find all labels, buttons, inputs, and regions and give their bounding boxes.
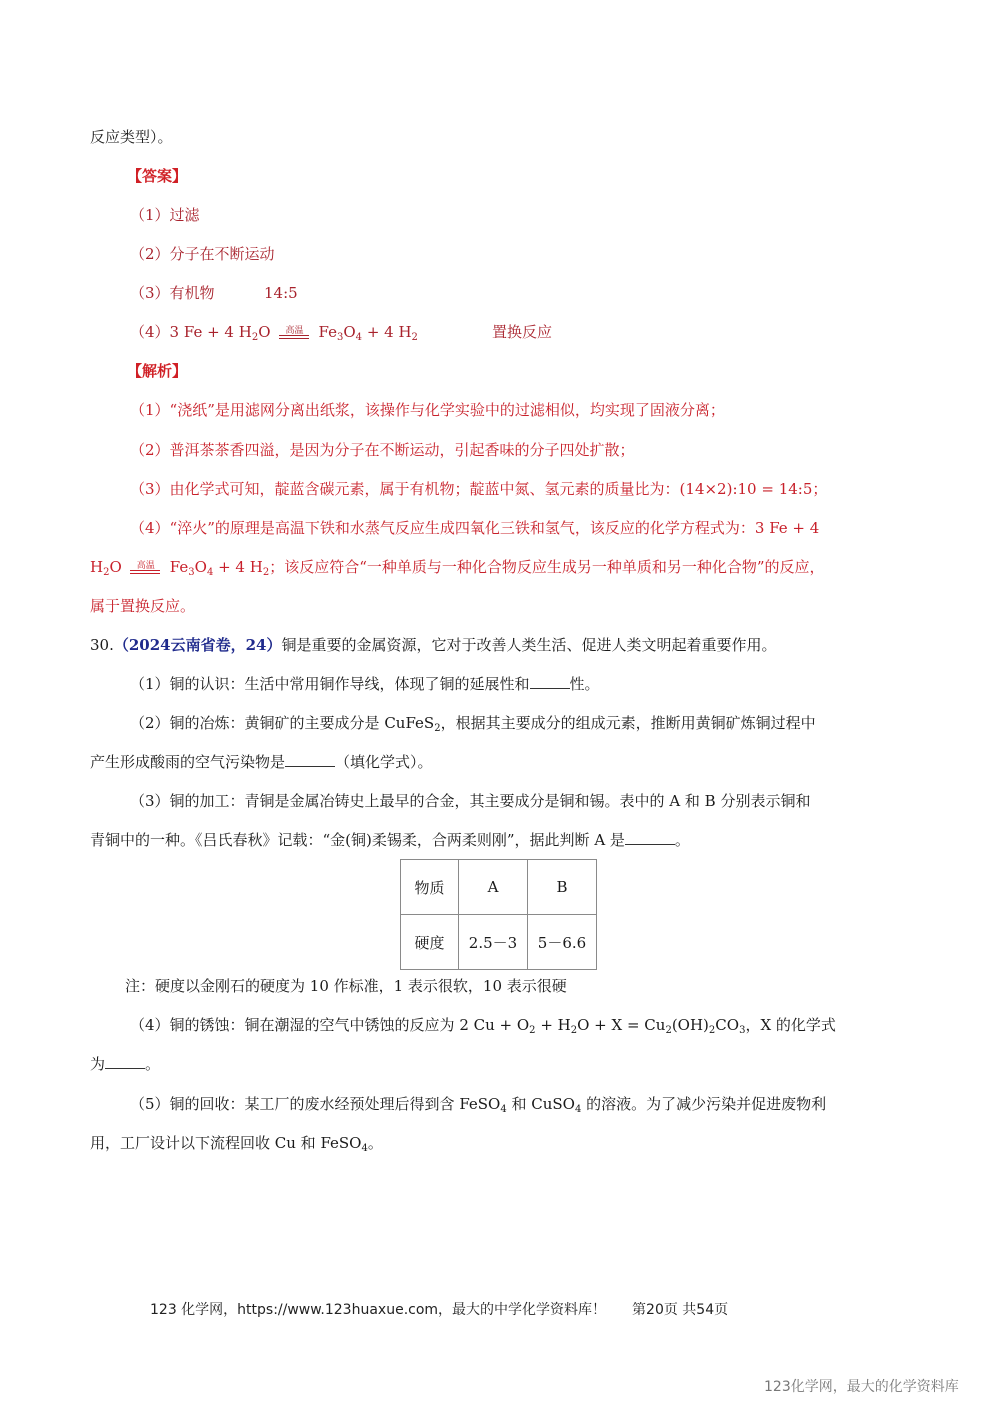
- item-number: （4）: [130, 323, 170, 341]
- table-header-row: 物质 A B: [401, 860, 597, 915]
- hardness-table: 物质 A B 硬度 2.5－3 5－6.6: [400, 859, 597, 970]
- question-number: 30.: [90, 636, 114, 654]
- table-note: 注：硬度以金刚石的硬度为 10 作标准，1 表示很软，10 表示很硬: [125, 976, 567, 996]
- stem-text: 铜是重要的金属资源，它对于改善人类生活、促进人类文明起着重要作用。: [281, 636, 776, 654]
- answer-blank[interactable]: [285, 752, 335, 767]
- footer-site-text: 123 化学网，https://www.123huaxue.com，最大的中学化…: [150, 1302, 606, 1318]
- reaction-type: 置换反应: [492, 322, 552, 342]
- answer-blank[interactable]: [625, 830, 675, 845]
- equation-right: Fe3O4 + 4 H2: [319, 323, 418, 341]
- question-part-1: （1）铜的认识：生活中常用铜作导线，体现了铜的延展性和性。: [130, 674, 600, 694]
- item-number: （3）: [130, 284, 170, 302]
- analysis-line-1: （1）“浇纸”是用滤网分离出纸浆，该操作与化学实验中的过滤相似，均实现了固液分离…: [130, 400, 725, 420]
- question-part-3b: 青铜中的一种。《吕氏春秋》记载：“金(铜)柔锡柔，合两柔则刚”，据此判断 A 是…: [90, 830, 690, 850]
- table-cell: A: [459, 860, 528, 915]
- analysis-line-4b: H2O高温Fe3O4 + 4 H2；该反应符合“一种单质与一种化合物反应生成另一…: [90, 557, 825, 583]
- question-part-5a: （5）铜的回收：某工厂的废水经预处理后得到含 FeSO4 和 CuSO4 的溶液…: [130, 1094, 826, 1120]
- table-cell: B: [528, 860, 597, 915]
- analysis-line-3: （3）由化学式可知，靛蓝含碳元素，属于有机物；靛蓝中氮、氢元素的质量比为：(14…: [130, 479, 827, 499]
- table-cell: 硬度: [401, 915, 459, 970]
- answer-item-3: （3）有机物14:5: [130, 283, 215, 303]
- answer-item-2: （2）分子在不断运动: [130, 244, 275, 264]
- table-cell: 物质: [401, 860, 459, 915]
- analysis-line-4c: 属于置换反应。: [90, 596, 195, 616]
- watermark: 123化学网，最大的化学资料库: [764, 1376, 959, 1396]
- table-cell: 2.5－3: [459, 915, 528, 970]
- mass-ratio: 14:5: [264, 283, 298, 303]
- table-row: 硬度 2.5－3 5－6.6: [401, 915, 597, 970]
- question-stem: 30.（2024云南省卷，24）铜是重要的金属资源，它对于改善人类生活、促进人类…: [90, 635, 777, 655]
- item-text: 有机物: [170, 284, 215, 302]
- answer-blank[interactable]: [530, 674, 570, 689]
- answer-item-4: （4）3 Fe + 4 H2O高温Fe3O4 + 4 H2 置换反应: [130, 322, 418, 348]
- intro-tail: 反应类型）。: [90, 127, 173, 147]
- item-text: 过滤: [170, 206, 200, 224]
- question-part-3a: （3）铜的加工：青铜是金属冶铸史上最早的合金，其主要成分是铜和锡。表中的 A 和…: [130, 791, 810, 811]
- analysis-line-2: （2）普洱茶茶香四溢，是因为分子在不断运动，引起香味的分子四处扩散；: [130, 440, 635, 460]
- answer-header: 【答案】: [127, 166, 187, 186]
- reaction-condition: 高温: [277, 323, 313, 343]
- item-text: 分子在不断运动: [170, 245, 275, 263]
- analysis-header: 【解析】: [127, 361, 187, 381]
- question-part-4a: （4）铜的锈蚀：铜在潮湿的空气中锈蚀的反应为 2 Cu + O2 + H2O +…: [130, 1015, 836, 1041]
- question-part-4b: 为。: [90, 1054, 160, 1074]
- question-part-2a: （2）铜的冶炼：黄铜矿的主要成分是 CuFeS2，根据其主要成分的组成元素，推断…: [130, 713, 816, 739]
- page-number: 第20页 共54页: [632, 1302, 728, 1318]
- question-part-5b: 用，工厂设计以下流程回收 Cu 和 FeSO4。: [90, 1133, 383, 1159]
- answer-blank[interactable]: [105, 1054, 145, 1069]
- item-number: （2）: [130, 245, 170, 263]
- question-part-2b: 产生形成酸雨的空气污染物是（填化学式）。: [90, 752, 433, 772]
- reaction-condition: 高温: [128, 558, 164, 578]
- table-cell: 5－6.6: [528, 915, 597, 970]
- question-source: （2024云南省卷，24）: [114, 636, 282, 654]
- analysis-line-4a: （4）“淬火”的原理是高温下铁和水蒸气反应生成四氧化三铁和氢气，该反应的化学方程…: [130, 518, 819, 538]
- page-footer: 123 化学网，https://www.123huaxue.com，最大的中学化…: [150, 1299, 728, 1319]
- item-number: （1）: [130, 206, 170, 224]
- equation-left: 3 Fe + 4 H2O: [170, 323, 271, 341]
- answer-item-1: （1）过滤: [130, 205, 200, 225]
